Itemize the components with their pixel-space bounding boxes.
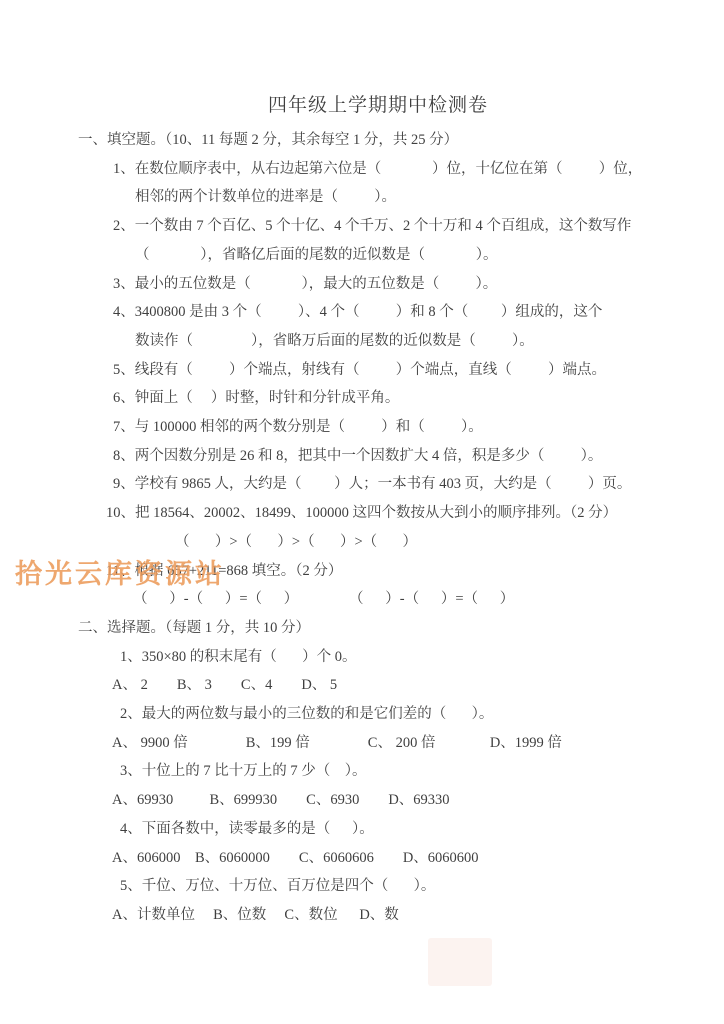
s1-q7-line: 7、与 100000 相邻的两个数分别是（ ）和（ ）。: [0, 413, 724, 442]
s1-q2-line1: 2、一个数由 7 个百亿、5 个十亿、4 个千万、2 个十万和 4 个百组成，这…: [0, 212, 724, 241]
s1-q4-line2: 数读作（ ），省略万后面的尾数的近似数是（ ）。: [0, 327, 724, 356]
s2-q5-line: 5、千位、万位、十万位、百万位是四个（ ）。: [0, 872, 724, 901]
s1-q1-line1: 1、在数位顺序表中，从右边起第六位是（ ）位，十亿位在第（ ）位，: [0, 155, 724, 184]
watermark: 拾光云库资源站: [15, 552, 225, 591]
s1-q2-line2: （ ），省略亿后面的尾数的近似数是（ ）。: [0, 241, 724, 270]
test-paper-page: 四年级上学期期中检测卷 一、填空题。（10、11 每题 2 分，其余每空 1 分…: [0, 0, 724, 1024]
section2-header: 二、选择题。（每题 1 分，共 10 分）: [0, 614, 724, 643]
s2-q1-options: A、 2 B、 3 C、4 D、 5: [0, 671, 724, 700]
s2-q1-line: 1、350×80 的积末尾有（ ）个 0。: [0, 643, 724, 672]
paper-body: 一、填空题。（10、11 每题 2 分，其余每空 1 分，共 25 分） 1、在…: [0, 126, 724, 930]
scan-smudge: [428, 938, 492, 986]
s1-q5-line: 5、线段有（ ）个端点，射线有（ ）个端点，直线（ ）端点。: [0, 356, 724, 385]
s1-q1-line2: 相邻的两个计数单位的进率是（ ）。: [0, 183, 724, 212]
s2-q5-options: A、计数单位 B、位数 C、数位 D、数: [0, 901, 724, 930]
s2-q3-options: A、69930 B、699930 C、6930 D、69330: [0, 786, 724, 815]
s2-q4-options: A、606000 B、6060000 C、6060606 D、6060600: [0, 844, 724, 873]
s1-q4-line1: 4、3400800 是由 3 个（ ）、4 个（ ）和 8 个（ ）组成的，这个: [0, 298, 724, 327]
s1-q10-line: 10、把 18564、20002、18499、100000 这四个数按从大到小的…: [0, 499, 724, 528]
s2-q3-line: 3、十位上的 7 比十万上的 7 少（ ）。: [0, 757, 724, 786]
s1-q8-line: 8、两个因数分别是 26 和 8，把其中一个因数扩大 4 倍，积是多少（ ）。: [0, 442, 724, 471]
page-title: 四年级上学期期中检测卷: [16, 90, 724, 117]
s1-q3-line: 3、最小的五位数是（ ），最大的五位数是（ ）。: [0, 270, 724, 299]
section1-header: 一、填空题。（10、11 每题 2 分，其余每空 1 分，共 25 分）: [0, 126, 724, 155]
s1-q6-line: 6、钟面上（ ）时整，时针和分针成平角。: [0, 384, 724, 413]
s2-q2-line: 2、最大的两位数与最小的三位数的和是它们差的（ ）。: [0, 700, 724, 729]
s1-q9-line: 9、学校有 9865 人，大约是（ ）人；一本书有 403 页，大约是（ ）页。: [0, 470, 724, 499]
s2-q2-options: A、 9900 倍 B、199 倍 C、 200 倍 D、1999 倍: [0, 729, 724, 758]
s2-q4-line: 4、下面各数中，读零最多的是（ ）。: [0, 815, 724, 844]
